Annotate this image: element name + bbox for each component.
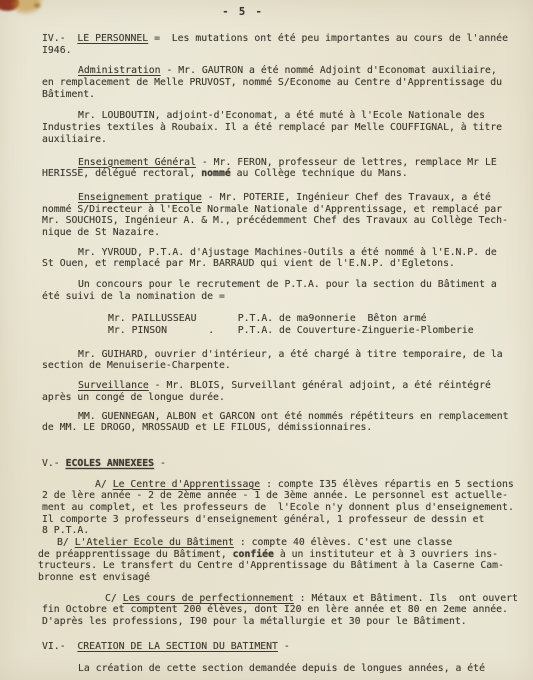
text-line: Un concours pour le recrutement de P.T.A… — [0, 279, 533, 291]
paragraph: MM. GUENNEGAN, ALBON et GARCON ont été n… — [0, 411, 533, 434]
underlined-heading-text: LE PERSONNEL — [77, 33, 148, 44]
text-segment: La création de cette section demandée de… — [78, 663, 485, 674]
text-line: MM. GUENNEGAN, ALBON et GARCON ont été n… — [0, 411, 533, 423]
text-line: Industries textiles à Roubaix. Il a été … — [0, 122, 533, 134]
underlined-heading-text: Enseignement Général — [78, 157, 196, 168]
underlined-heading-text: Le Centre d'Apprentissage — [113, 479, 260, 490]
text-segment: C/ — [105, 593, 123, 604]
text-segment: - Mr. GAUTRON a été nommé Adjoint d'Econ… — [161, 65, 497, 76]
text-segment: fin Octobre et comptent 200 élèves, dont… — [42, 604, 508, 615]
text-line: Bâtiment. — [0, 89, 533, 101]
text-segment: - — [154, 458, 166, 469]
text-segment: VI.- — [42, 641, 77, 652]
paragraph: Mr. YVROUD, P.T.A. d'Ajustage Machines-O… — [0, 247, 533, 270]
paragraph: Un concours pour le recrutement de P.T.A… — [0, 279, 533, 302]
text-line: nommé S/Directeur à l'Ecole Normale Nati… — [0, 204, 533, 216]
text-line: été suivi de la nomination de = — [0, 291, 533, 303]
text-segment: - Mr. POTERIE, Ingénieur Chef des Travau… — [202, 192, 491, 203]
text-segment: ment au complet, et les professeurs de l… — [42, 502, 514, 513]
text-segment: I946. — [42, 45, 72, 56]
text-segment: Mr. LOUBOUTIN, adjoint-d'Economat, a été… — [78, 110, 485, 121]
text-segment: - Mr. FERON, professeur de lettres, remp… — [196, 157, 497, 168]
text-segment: de MM. LE DROGO, MROSSAUD et LE FILOUS, … — [42, 422, 372, 433]
document-body: IV.- LE PERSONNEL = Les mutations ont ét… — [0, 0, 533, 674]
paragraph: A/ Le Centre d'Apprentissage : compte I3… — [0, 479, 533, 537]
text-line: Il comporte 3 professeurs d'enseignement… — [0, 514, 533, 526]
text-line: HERISSE, délégué rectoral, nommé au Coll… — [0, 168, 533, 180]
underlined-heading-text: Administration — [78, 65, 161, 76]
text-segment: - Mr. BLOIS, Surveillant général adjoint… — [149, 380, 491, 391]
paragraph: Enseignement Général - Mr. FERON, profes… — [0, 157, 533, 180]
text-segment: auxiliaire. — [42, 134, 107, 145]
text-line: Enseignement pratique - Mr. POTERIE, Ing… — [0, 192, 533, 204]
paragraph: VI.- CREATION DE LA SECTION DU BATIMENT … — [0, 641, 533, 653]
paragraph: B/ L'Atelier Ecole du Bâtiment : compte … — [0, 537, 533, 584]
text-segment: MM. GUENNEGAN, ALBON et GARCON ont été n… — [78, 411, 509, 422]
text-line: IV.- LE PERSONNEL = Les mutations ont ét… — [0, 33, 533, 45]
text-segment: Mr. YVROUD, P.T.A. d'Ajustage Machines-O… — [78, 247, 497, 258]
text-segment: tructeurs. Le transfert du Centre d'Appr… — [38, 560, 504, 571]
text-segment: Industries textiles à Roubaix. Il a été … — [42, 122, 502, 133]
text-segment: D'après les professions, I90 pour la mét… — [42, 616, 467, 627]
text-line: St Ouen, et remplacé par Mr. BARRAUD qui… — [0, 258, 533, 270]
text-line: Mr. GUIHARD, ouvrier d'intérieur, a été … — [0, 349, 533, 361]
text-line: section de Menuiserie-Charpente. — [0, 360, 533, 372]
text-segment: Bâtiment. — [42, 89, 95, 100]
text-line: C/ Les cours de perfectionnement : Métau… — [0, 593, 533, 605]
text-line: Mr. PINSON . P.T.A. de Couverture-Zingue… — [0, 325, 533, 337]
paragraph: Mr. LOUBOUTIN, adjoint-d'Economat, a été… — [0, 110, 533, 145]
text-segment: Mr. PAILLUSSEAU P.T.A. de ma9onnerie Bêt… — [108, 313, 427, 324]
paragraph: Administration - Mr. GAUTRON a été nommé… — [0, 65, 533, 100]
text-line: 2 de lère année - 2 de 2ème année - 1 de… — [0, 490, 533, 502]
text-line: I946. — [0, 45, 533, 57]
text-segment: en remplacement de Melle PRUVOST, nommé … — [42, 77, 502, 88]
text-segment: nommé — [201, 168, 231, 179]
text-segment: : compte 40 élèves. C'est une classe — [234, 537, 452, 548]
text-segment: confiée — [233, 549, 274, 560]
paragraph: V.- ECOLES ANNEXEES - — [0, 458, 533, 470]
text-segment: IV.- — [42, 33, 77, 44]
text-segment: B/ — [57, 537, 75, 548]
paragraph: C/ Les cours de perfectionnement : Métau… — [0, 593, 533, 628]
text-segment: A/ — [95, 479, 113, 490]
text-segment: 2 de lère année - 2 de 2ème année - 1 de… — [42, 490, 508, 501]
paragraph: Enseignement pratique - Mr. POTERIE, Ing… — [0, 192, 533, 239]
text-segment: nique de St Nazaire. — [42, 227, 160, 238]
text-segment: : compte I35 élèves répartis en 5 sectio… — [260, 479, 514, 490]
text-line: Surveillance - Mr. BLOIS, Surveillant gé… — [0, 380, 533, 392]
paragraph: Surveillance - Mr. BLOIS, Surveillant gé… — [0, 380, 533, 403]
text-segment: bronne est envisagé — [38, 572, 150, 583]
text-line: Mr. YVROUD, P.T.A. d'Ajustage Machines-O… — [0, 247, 533, 259]
text-line: VI.- CREATION DE LA SECTION DU BATIMENT … — [0, 641, 533, 653]
underlined-heading-text: Les cours de perfectionnement — [123, 593, 294, 604]
text-segment: St Ouen, et remplacé par Mr. BARRAUD qui… — [42, 258, 455, 269]
text-line: Enseignement Général - Mr. FERON, profes… — [0, 157, 533, 169]
text-line: ment au complet, et les professeurs de l… — [0, 502, 533, 514]
underlined-heading-text: CREATION DE LA SECTION DU BATIMENT — [77, 641, 278, 652]
text-segment: : Métaux et Bâtiment. Ils ont ouvert — [294, 593, 518, 604]
text-line: V.- ECOLES ANNEXEES - — [0, 458, 533, 470]
paragraph: La création de cette section demandée de… — [0, 663, 533, 675]
text-segment: été suivi de la nomination de = — [42, 291, 225, 302]
text-segment: nommé S/Directeur à l'Ecole Normale Nati… — [42, 204, 502, 215]
text-line: de préapprentissage du Bâtiment, confiée… — [0, 549, 533, 561]
text-segment: Mr. SOUCHOIS, Ingénieur A. & M., précéde… — [42, 215, 508, 226]
text-line: A/ Le Centre d'Apprentissage : compte I3… — [0, 479, 533, 491]
text-line: tructeurs. Le transfert du Centre d'Appr… — [0, 560, 533, 572]
text-line: La création de cette section demandée de… — [0, 663, 533, 675]
text-segment: = Les mutations ont été peu importantes … — [148, 33, 508, 44]
text-segment: HERISSE, délégué rectoral, — [42, 168, 201, 179]
text-line: bronne est envisagé — [0, 572, 533, 584]
text-segment: V.- — [42, 458, 66, 469]
text-line: nique de St Nazaire. — [0, 227, 533, 239]
text-line: Mr. LOUBOUTIN, adjoint-d'Economat, a été… — [0, 110, 533, 122]
text-segment: après un congé de longue durée. — [42, 392, 225, 403]
text-line: de MM. LE DROGO, MROSSAUD et LE FILOUS, … — [0, 422, 533, 434]
text-line: Mr. SOUCHOIS, Ingénieur A. & M., précéde… — [0, 215, 533, 227]
text-line: après un congé de longue durée. — [0, 392, 533, 404]
text-segment: de préapprentissage du Bâtiment, — [38, 549, 233, 560]
text-segment: Mr. GUIHARD, ouvrier d'intérieur, a été … — [78, 349, 503, 360]
scanned-document-page: - 5 - IV.- LE PERSONNEL = Les mutations … — [0, 0, 533, 680]
text-line: en remplacement de Melle PRUVOST, nommé … — [0, 77, 533, 89]
text-line: Mr. PAILLUSSEAU P.T.A. de ma9onnerie Bêt… — [0, 313, 533, 325]
underlined-heading-text: ECOLES ANNEXEES — [66, 458, 154, 469]
underlined-heading-text: Surveillance — [78, 380, 149, 391]
text-segment: section de Menuiserie-Charpente. — [42, 360, 231, 371]
underlined-heading-text: L'Atelier Ecole du Bâtiment — [75, 537, 234, 548]
text-segment: Il comporte 3 professeurs d'enseignement… — [42, 514, 484, 525]
text-segment: Mr. PINSON . P.T.A. de Couverture-Zingue… — [108, 325, 474, 336]
text-line: Administration - Mr. GAUTRON a été nommé… — [0, 65, 533, 77]
text-line: auxiliaire. — [0, 134, 533, 146]
text-segment: au Collège technique du Mans. — [231, 168, 408, 179]
underlined-heading-text: Enseignement pratique — [78, 192, 202, 203]
text-segment: 8 P.T.A. — [42, 525, 89, 536]
text-segment: à un instituteur et à 3 ouvriers ins- — [274, 549, 498, 560]
text-segment: - — [278, 641, 290, 652]
text-line: B/ L'Atelier Ecole du Bâtiment : compte … — [0, 537, 533, 549]
text-segment: Un concours pour le recrutement de P.T.A… — [78, 279, 497, 290]
paragraph: Mr. PAILLUSSEAU P.T.A. de ma9onnerie Bêt… — [0, 313, 533, 336]
paragraph: IV.- LE PERSONNEL = Les mutations ont ét… — [0, 33, 533, 56]
paragraph: Mr. GUIHARD, ouvrier d'intérieur, a été … — [0, 349, 533, 372]
text-line: 8 P.T.A. — [0, 525, 533, 537]
text-line: fin Octobre et comptent 200 élèves, dont… — [0, 604, 533, 616]
text-line: D'après les professions, I90 pour la mét… — [0, 616, 533, 628]
